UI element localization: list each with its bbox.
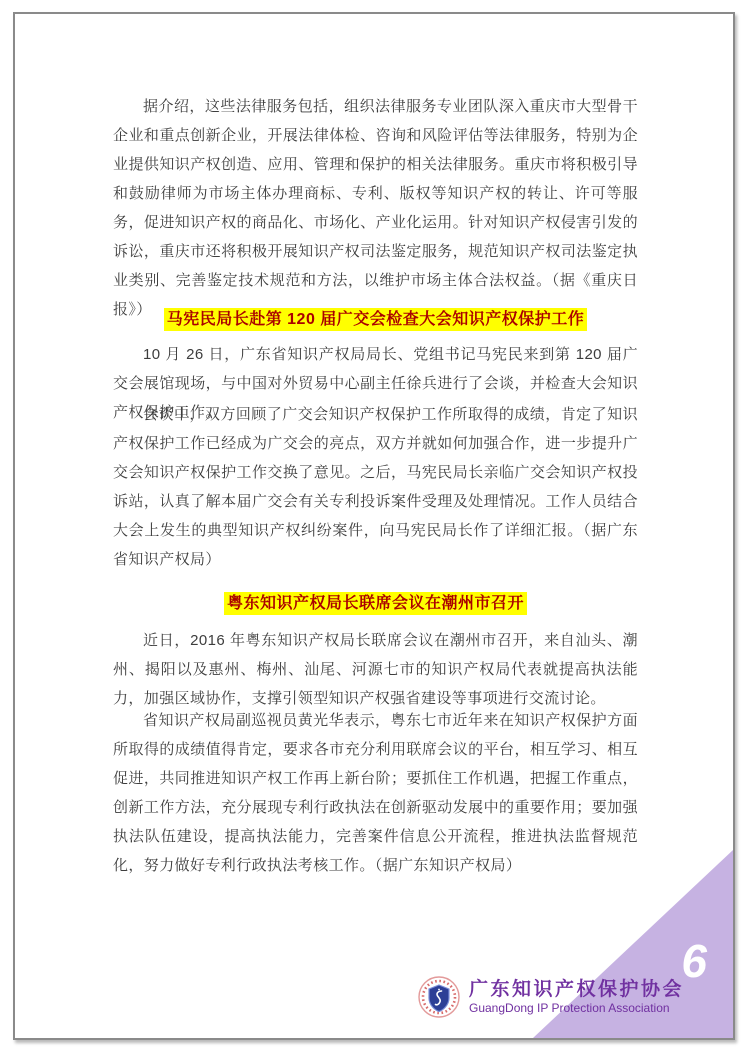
article1-paragraph: 据介绍，这些法律服务包括，组织法律服务专业团队深入重庆市大型骨干企业和重点创新企…: [113, 92, 638, 324]
association-logo-shield-icon: [418, 976, 460, 1018]
article2-headline: 马宪民局长赴第 120 届广交会检查大会知识产权保护工作: [113, 306, 638, 333]
article3-headline-text: 粤东知识产权局长联席会议在潮州市召开: [224, 592, 527, 615]
org-name-chinese: 广东知识产权保护协会: [469, 979, 684, 1001]
page-number: 6: [681, 934, 707, 988]
document-page: 据介绍，这些法律服务包括，组织法律服务专业团队深入重庆市大型骨干企业和重点创新企…: [13, 12, 735, 1040]
article3-paragraph-2: 省知识产权局副巡视员黄光华表示，粤东七市近年来在知识产权保护方面所取得的成绩值得…: [113, 706, 638, 880]
footer: 广东知识产权保护协会 GuangDong IP Protection Assoc…: [418, 976, 684, 1018]
footer-org-text: 广东知识产权保护协会 GuangDong IP Protection Assoc…: [469, 979, 684, 1016]
article2-paragraph-2: 会谈中，双方回顾了广交会知识产权保护工作所取得的成绩，肯定了知识产权保护工作已经…: [113, 400, 638, 574]
article3-headline: 粤东知识产权局长联席会议在潮州市召开: [113, 590, 638, 617]
article2-headline-text: 马宪民局长赴第 120 届广交会检查大会知识产权保护工作: [164, 308, 588, 331]
article3-paragraph-1: 近日，2016 年粤东知识产权局长联席会议在潮州市召开，来自汕头、潮州、揭阳以及…: [113, 626, 638, 713]
org-name-english: GuangDong IP Protection Association: [469, 1001, 684, 1016]
